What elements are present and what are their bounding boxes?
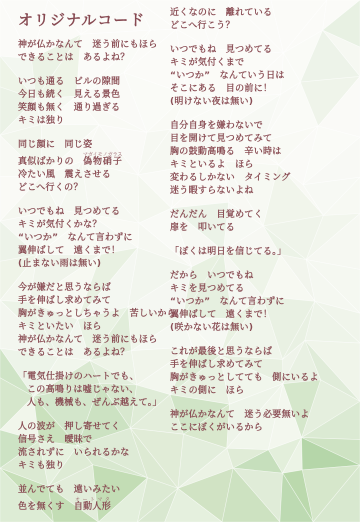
lyric-line: 人も、機械も、ぜんぶ越えて。」 (18, 397, 183, 410)
lyric-stanza: 並んでても 遠いみたい色を無くす 自動人形オートマタ (18, 484, 183, 514)
lyric-line: 迷う暇すらないよね (170, 185, 356, 198)
lyric-stanza: 「ぼくは明日を信じてる。」 (170, 246, 356, 259)
lyric-line: 今日も続く 見える景色 (18, 89, 183, 102)
lyric-line: 冷たい風 震えさせる (18, 169, 183, 182)
lyric-line: (咲かない花は無い) (170, 322, 356, 335)
lyric-stanza: だんだん 目覚めてく扉を 叩いてる (170, 209, 356, 235)
lyric-stanza: 今が嫌だと思うならば手を伸ばし求めてみて胸がきゅっとしちゃうよ 苦しいからキミと… (18, 282, 183, 360)
lyric-line: 「電気仕掛けのハートでも、 (18, 371, 183, 384)
lyric-line: キミが気付くまで (170, 57, 356, 70)
lyric-line: 胸の鼓動高鳴る 辛い時は (170, 146, 356, 159)
lyric-line: 今が嫌だと思うならば (18, 282, 183, 295)
lyric-line: “いつか” なんて言わずに (18, 232, 183, 245)
lyric-line: 並んでても 遠いみたい (18, 484, 183, 497)
lyric-line: これが最後と思うならば (170, 346, 356, 359)
lyric-line: 扉を 叩いてる (170, 222, 356, 235)
lyric-line: 同じ顔に 同じ姿 (18, 139, 183, 152)
lyric-stanza: 自分自身を嫌わないで目を開けて見つめてみて胸の鼓動高鳴る 辛い時はキミといるよ … (170, 120, 356, 198)
lyric-line: そこにある 目の前に！ (170, 83, 356, 96)
lyric-line: 人の波が 押し寄せてく (18, 421, 183, 434)
lyric-stanza: 「電気仕掛けのハートでも、この高鳴りは嘘じゃない、人も、機械も、ぜんぶ越えて。」 (18, 371, 183, 410)
lyric-stanza: 神が仏かなんて 迷う必要無いよここにぼくがいるから (170, 409, 356, 435)
lyric-line: だんだん 目覚めてく (170, 209, 356, 222)
lyric-stanza: いつも通る ビルの隙間今日も続く 見える景色笑顔も無く 通り過ぎるキミは独り (18, 76, 183, 128)
lyric-line: “いつか” なんていう日は (170, 70, 356, 83)
lyric-line: 目を開けて見つめてみて (170, 133, 356, 146)
lyric-line: (止まない雨は無い) (18, 258, 183, 271)
lyric-line: 手を伸ばし求めてみて (18, 295, 183, 308)
lyric-stanza: だから いつでもねキミを見つめてる“いつか” なんて言わずに翼伸ばして 遠くまで… (170, 270, 356, 335)
lyric-line: キミは独り (18, 115, 183, 128)
lyric-line: 近くなのに 離れている (170, 7, 356, 20)
lyric-line: 手を伸ばし求めてみて (170, 359, 356, 372)
lyric-line: 胸がきゅっとしちゃうよ 苦しいから (18, 308, 183, 321)
lyric-line: ここにぼくがいるから (170, 422, 356, 435)
lyric-stanza: 近くなのに 離れているどこへ行こう？ (170, 7, 356, 33)
lyrics-sheet: オリジナルコード 神が仏かなんて 迷う前にもほらできることは あるよね？いつも通… (0, 0, 360, 522)
lyric-line: いつも通る ビルの隙間 (18, 76, 183, 89)
lyric-line: 変わるしかない タイミング (170, 172, 356, 185)
lyric-stanza: いつでもね 見つめてるキミが気付くまで“いつか” なんていう日はそこにある 目の… (170, 44, 356, 109)
lyric-line: “いつか” なんて言わずに (170, 296, 356, 309)
lyric-line: できることは あるよね？ (18, 52, 183, 65)
lyric-line: 信号さえ 曖昧で (18, 434, 183, 447)
lyric-line: できることは あるよね？ (18, 347, 183, 360)
left-stanzas: 神が仏かなんて 迷う前にもほらできることは あるよね？いつも通る ビルの隙間今日… (18, 39, 183, 514)
lyrics-column-left: オリジナルコード 神が仏かなんて 迷う前にもほらできることは あるよね？いつも通… (18, 10, 183, 522)
lyric-line: いつでもね 見つめてる (170, 44, 356, 57)
lyric-line: キミが気付くかな？ (18, 219, 183, 232)
lyric-line: いつでもね 見つめてる (18, 206, 183, 219)
lyric-line: キミといるよ ほら (170, 159, 356, 172)
lyric-stanza: いつでもね 見つめてるキミが気付くかな？“いつか” なんて言わずに翼伸ばして 遠… (18, 206, 183, 271)
lyrics-column-right: 近くなのに 離れているどこへ行こう？いつでもね 見つめてるキミが気付くまで“いつ… (170, 7, 356, 446)
lyric-line: 神が仏かなんて 迷う必要無いよ (170, 409, 356, 422)
lyric-line: (明けない夜は無い) (170, 96, 356, 109)
lyric-stanza: 神が仏かなんて 迷う前にもほらできることは あるよね？ (18, 39, 183, 65)
lyric-line: 翼伸ばして 遠くまで！ (170, 309, 356, 322)
lyric-line: キミの側に ほら (170, 385, 356, 398)
lyric-stanza: これが最後と思うならば手を伸ばし求めてみて胸がきゅっとしてても 側にいるよキミの… (170, 346, 356, 398)
lyric-line: 「ぼくは明日を信じてる。」 (170, 246, 356, 259)
lyric-line: どこへ行くの？ (18, 182, 183, 195)
lyric-line: キミを見つめてる (170, 283, 356, 296)
lyric-line: 笑顔も無く 通り過ぎる (18, 102, 183, 115)
lyric-stanza: 同じ顔に 同じ姿真似ばかりの 偽物硝子マガイモノガラス冷たい風 震えさせるどこへ… (18, 139, 183, 195)
lyric-line: 真似ばかりの 偽物硝子マガイモノガラス (18, 152, 183, 169)
page-title: オリジナルコード (18, 10, 183, 30)
lyric-line: 流されずに いられるかな (18, 447, 183, 460)
lyric-line: 神が仏かなんて 迷う前にもほら (18, 39, 183, 52)
lyric-line: キミも独り (18, 460, 183, 473)
lyric-line: どこへ行こう？ (170, 20, 356, 33)
lyric-line: キミといたい ほら (18, 321, 183, 334)
lyric-line: 翼伸ばして 遠くまで！ (18, 245, 183, 258)
lyric-line: 胸がきゅっとしてても 側にいるよ (170, 372, 356, 385)
lyric-line: 神が仏かなんて 迷う前にもほら (18, 334, 183, 347)
lyric-stanza: 人の波が 押し寄せてく信号さえ 曖昧で流されずに いられるかなキミも独り (18, 421, 183, 473)
lyric-line: この高鳴りは嘘じゃない、 (18, 384, 183, 397)
lyric-line: 自分自身を嫌わないで (170, 120, 356, 133)
right-stanzas: 近くなのに 離れているどこへ行こう？いつでもね 見つめてるキミが気付くまで“いつ… (170, 7, 356, 435)
lyric-line: だから いつでもね (170, 270, 356, 283)
lyric-line: 色を無くす 自動人形オートマタ (18, 497, 183, 514)
